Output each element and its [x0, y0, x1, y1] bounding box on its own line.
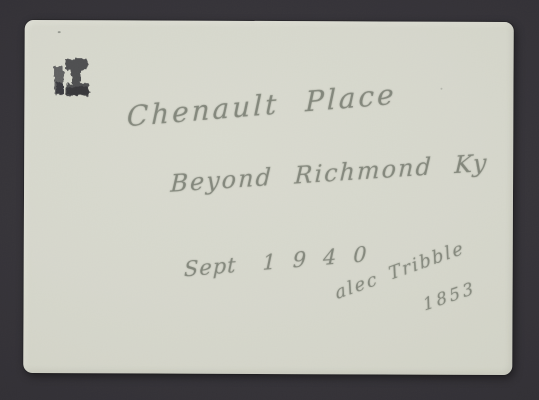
- photo-card-verso: Chenault Place Beyond Richmond Ky Sept19…: [23, 20, 514, 375]
- paper-speck: [440, 88, 442, 90]
- inscription-place-name: Chenault Place: [127, 78, 397, 134]
- annotation-year: 1853: [421, 278, 478, 315]
- inscription-date-month: Sept: [184, 253, 237, 281]
- inscription-date-year: 1940: [262, 241, 384, 275]
- photo-backdrop: Chenault Place Beyond Richmond Ky Sept19…: [0, 0, 539, 400]
- inscription-location: Beyond Richmond Ky: [170, 149, 489, 198]
- ink-stamp-icon: [51, 53, 97, 105]
- paper-speck: [58, 31, 61, 33]
